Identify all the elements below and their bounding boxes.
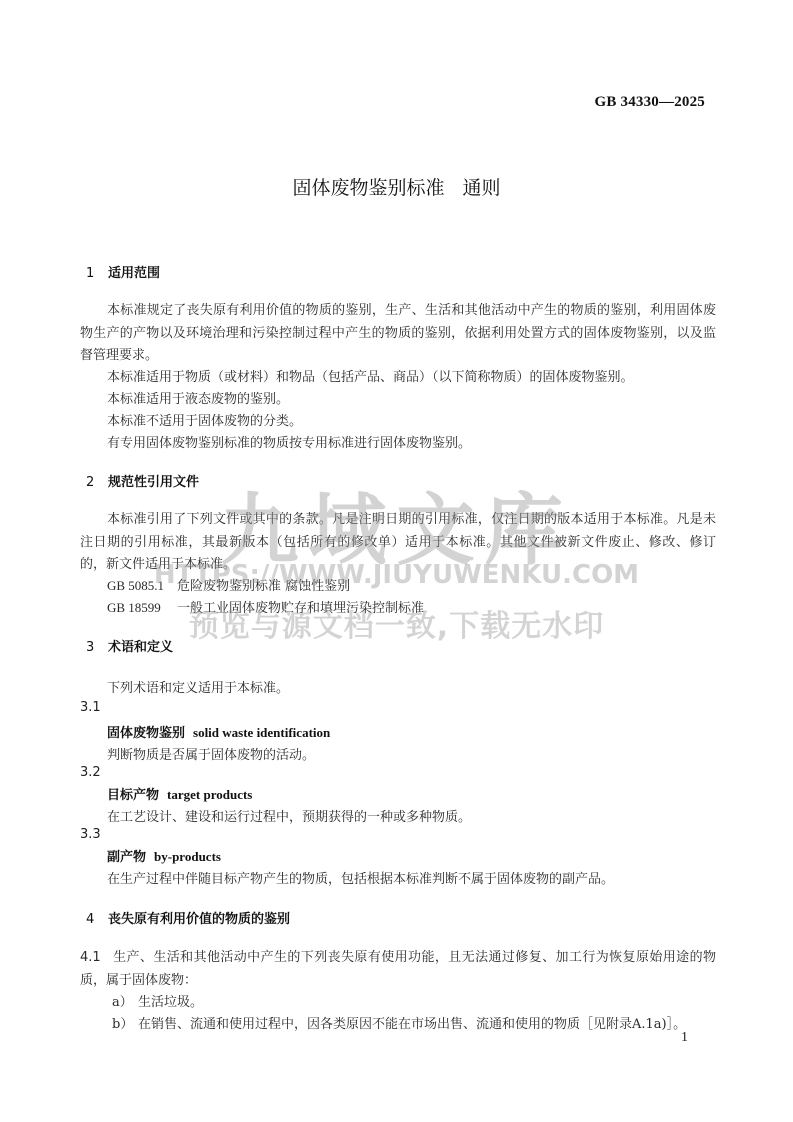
- document-page: GB 34330—2025 固体废物鉴别标准通则 1适用范围 本标准规定了丧失原…: [0, 0, 793, 1122]
- section-3-heading: 3术语和定义: [86, 636, 173, 655]
- normative-reference: GB 5085.1危险废物鉴别标准 腐蚀性鉴别: [107, 575, 350, 594]
- term-definition: 在工艺设计、建设和运行过程中，预期获得的一种或多种物质。: [107, 806, 471, 825]
- title-sub: 通则: [463, 177, 501, 199]
- term-name: 固体废物鉴别solid waste identification: [107, 722, 330, 741]
- term-definition: 判断物质是否属于固体废物的活动。: [107, 744, 315, 763]
- term-definition: 在生产过程中伴随目标产物产生的物质，包括根据本标准判断不属于固体废物的副产品。: [107, 868, 614, 887]
- section-1-paragraph-4: 本标准不适用于固体废物的分类。: [107, 410, 302, 429]
- term-name: 目标产物target products: [107, 784, 252, 803]
- clause-4-1: 4.1生产、生活和其他活动中产生的下列丧失原有使用功能，且无法通过修复、加工行为…: [80, 947, 716, 992]
- term-number: 3.2: [80, 765, 101, 780]
- section-3-intro: 下列术语和定义适用于本标准。: [107, 677, 289, 696]
- document-title: 固体废物鉴别标准通则: [0, 173, 793, 200]
- title-main: 固体废物鉴别标准: [292, 177, 444, 199]
- section-1-paragraph-1: 本标准规定了丧失原有利用价值的物质的鉴别，生产、生活和其他活动中产生的物质的鉴别…: [80, 300, 716, 368]
- section-4-heading: 4丧失原有利用价值的物质的鉴别: [86, 908, 290, 927]
- list-item: a）生活垃圾。: [112, 991, 203, 1010]
- normative-reference: GB 18599一般工业固体废物贮存和填埋污染控制标准: [107, 597, 424, 616]
- section-1-paragraph-5: 有专用固体废物鉴别标准的物质按专用标准进行固体废物鉴别。: [107, 432, 471, 451]
- list-item: b）在销售、流通和使用过程中，因各类原因不能在市场出售、流通和使用的物质［见附录…: [112, 1013, 686, 1032]
- page-number: 1: [681, 1030, 688, 1046]
- section-1-heading: 1适用范围: [86, 262, 160, 281]
- term-number: 3.3: [80, 827, 101, 842]
- section-1-paragraph-3: 本标准适用于液态废物的鉴别。: [107, 388, 289, 407]
- section-2-paragraph-1: 本标准引用了下列文件或其中的条款。凡是注明日期的引用标准，仅注日期的版本适用于本…: [80, 509, 716, 577]
- section-1-paragraph-2: 本标准适用于物质（或材料）和物品（包括产品、商品）（以下简称物质）的固体废物鉴别…: [107, 366, 634, 385]
- section-2-heading: 2规范性引用文件: [86, 471, 199, 490]
- term-name: 副产物by-products: [107, 846, 221, 865]
- standard-code: GB 34330—2025: [594, 94, 705, 111]
- term-number: 3.1: [80, 700, 101, 715]
